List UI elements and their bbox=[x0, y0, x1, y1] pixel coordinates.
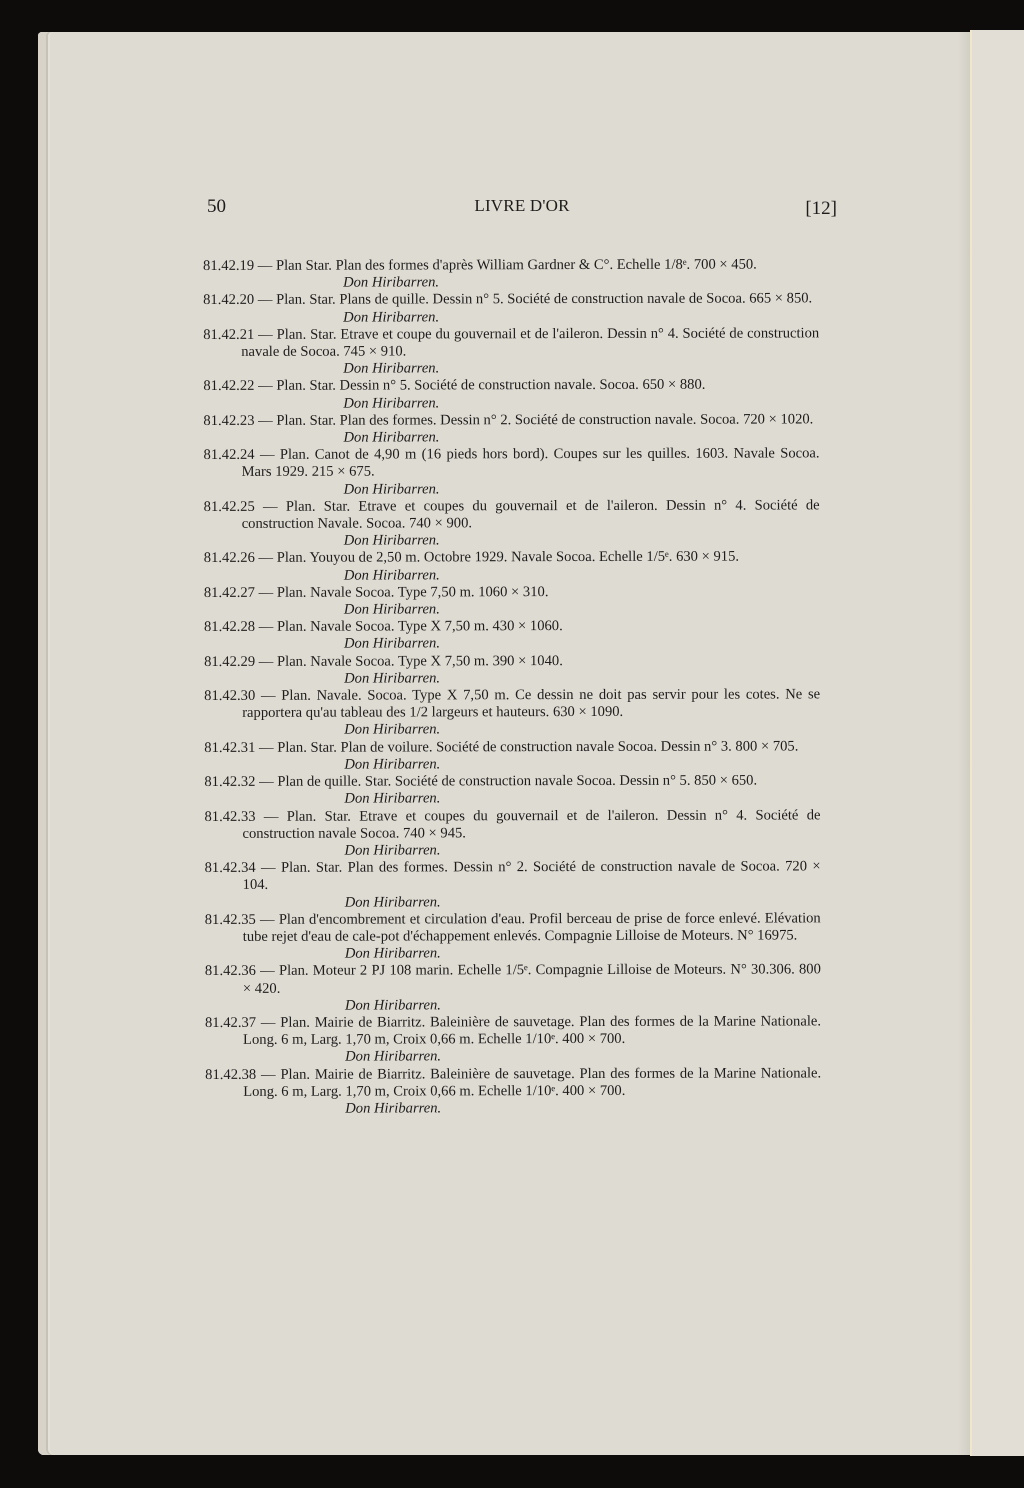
entry-donor: Don Hiribarren. bbox=[203, 428, 819, 447]
entry-text: 81.42.23 — Plan. Star. Plan des formes. … bbox=[203, 411, 819, 430]
entry-donor: Don Hiribarren. bbox=[203, 360, 819, 379]
entry-donor: Don Hiribarren. bbox=[203, 274, 819, 293]
entry-text: 81.42.38 — Plan. Mairie de Biarritz. Bal… bbox=[205, 1065, 821, 1101]
entry-donor: Don Hiribarren. bbox=[204, 635, 820, 654]
entry-text: 81.42.34 — Plan. Star. Plan des formes. … bbox=[205, 858, 821, 894]
catalogue-entry: 81.42.35 — Plan d'encombrement et circul… bbox=[205, 910, 821, 963]
catalogue-entry: 81.42.25 — Plan. Star. Etrave et coupes … bbox=[204, 497, 820, 550]
catalogue-entry: 81.42.28 — Plan. Navale Socoa. Type X 7,… bbox=[204, 618, 820, 654]
catalogue-entry: 81.42.30 — Plan. Navale. Socoa. Type X 7… bbox=[204, 686, 820, 739]
entry-text: 81.42.20 — Plan. Star. Plans de quille. … bbox=[203, 291, 819, 310]
entry-donor: Don Hiribarren. bbox=[205, 996, 821, 1015]
entry-text: 81.42.30 — Plan. Navale. Socoa. Type X 7… bbox=[204, 686, 820, 722]
catalogue-entry: 81.42.26 — Plan. Youyou de 2,50 m. Octob… bbox=[204, 549, 820, 585]
catalogue-entry: 81.42.38 — Plan. Mairie de Biarritz. Bal… bbox=[205, 1065, 821, 1118]
entry-text: 81.42.21 — Plan. Star. Etrave et coupe d… bbox=[203, 325, 819, 361]
catalogue-entry: 81.42.34 — Plan. Star. Plan des formes. … bbox=[205, 858, 821, 911]
catalogue-entry: 81.42.27 — Plan. Navale Socoa. Type 7,50… bbox=[204, 583, 820, 619]
entry-donor: Don Hiribarren. bbox=[205, 841, 821, 860]
entry-donor: Don Hiribarren. bbox=[203, 308, 819, 327]
entry-donor: Don Hiribarren. bbox=[205, 1099, 821, 1118]
spine-shadow bbox=[958, 32, 970, 1455]
entry-text: 81.42.32 — Plan de quille. Star. Société… bbox=[204, 772, 820, 791]
entry-donor: Don Hiribarren. bbox=[204, 566, 820, 585]
entry-donor: Don Hiribarren. bbox=[204, 480, 820, 499]
entry-donor: Don Hiribarren. bbox=[205, 893, 821, 912]
entry-donor: Don Hiribarren. bbox=[204, 755, 820, 774]
entry-donor: Don Hiribarren. bbox=[204, 790, 820, 809]
catalogue-entry: 81.42.22 — Plan. Star. Dessin n° 5. Soci… bbox=[203, 377, 819, 413]
running-title: LIVRE D'OR bbox=[207, 196, 837, 216]
catalogue-entry: 81.42.33 — Plan. Star. Etrave et coupes … bbox=[204, 807, 820, 860]
entry-text: 81.42.24 — Plan. Canot de 4,90 m (16 pie… bbox=[203, 446, 819, 482]
entry-text: 81.42.35 — Plan d'encombrement et circul… bbox=[205, 910, 821, 946]
entry-donor: Don Hiribarren. bbox=[204, 721, 820, 740]
entry-text: 81.42.19 — Plan Star. Plan des formes d'… bbox=[203, 256, 819, 275]
catalogue-entry: 81.42.23 — Plan. Star. Plan des formes. … bbox=[203, 411, 819, 447]
entry-text: 81.42.33 — Plan. Star. Etrave et coupes … bbox=[204, 807, 820, 843]
catalogue-entry: 81.42.24 — Plan. Canot de 4,90 m (16 pie… bbox=[203, 446, 819, 499]
entry-donor: Don Hiribarren. bbox=[204, 532, 820, 551]
entry-text: 81.42.36 — Plan. Moteur 2 PJ 108 marin. … bbox=[205, 962, 821, 998]
catalogue-entry: 81.42.32 — Plan de quille. Star. Société… bbox=[204, 772, 820, 808]
entry-text: 81.42.27 — Plan. Navale Socoa. Type 7,50… bbox=[204, 583, 820, 602]
catalogue-entry: 81.42.19 — Plan Star. Plan des formes d'… bbox=[203, 256, 819, 292]
entry-text: 81.42.25 — Plan. Star. Etrave et coupes … bbox=[204, 497, 820, 533]
entry-donor: Don Hiribarren. bbox=[204, 669, 820, 688]
section-signature: [12] bbox=[805, 198, 837, 220]
book-page-right-edge bbox=[970, 30, 1024, 1456]
running-header: 50 LIVRE D'OR [12] bbox=[207, 196, 837, 222]
entry-text: 81.42.31 — Plan. Star. Plan de voilure. … bbox=[204, 738, 820, 757]
entry-text: 81.42.37 — Plan. Mairie de Biarritz. Bal… bbox=[205, 1013, 821, 1049]
entry-text: 81.42.22 — Plan. Star. Dessin n° 5. Soci… bbox=[203, 377, 819, 396]
catalogue-entry: 81.42.21 — Plan. Star. Etrave et coupe d… bbox=[203, 325, 819, 378]
entry-donor: Don Hiribarren. bbox=[205, 945, 821, 964]
entry-text: 81.42.28 — Plan. Navale Socoa. Type X 7,… bbox=[204, 618, 820, 637]
entry-text: 81.42.29 — Plan. Navale Socoa. Type X 7,… bbox=[204, 652, 820, 671]
catalogue-entries: 81.42.19 — Plan Star. Plan des formes d'… bbox=[203, 256, 821, 1118]
entry-donor: Don Hiribarren. bbox=[205, 1048, 821, 1067]
catalogue-entry: 81.42.29 — Plan. Navale Socoa. Type X 7,… bbox=[204, 652, 820, 688]
entry-text: 81.42.26 — Plan. Youyou de 2,50 m. Octob… bbox=[204, 549, 820, 568]
catalogue-entry: 81.42.20 — Plan. Star. Plans de quille. … bbox=[203, 291, 819, 327]
catalogue-entry: 81.42.37 — Plan. Mairie de Biarritz. Bal… bbox=[205, 1013, 821, 1066]
entry-donor: Don Hiribarren. bbox=[204, 600, 820, 619]
catalogue-entry: 81.42.36 — Plan. Moteur 2 PJ 108 marin. … bbox=[205, 962, 821, 1015]
catalogue-entry: 81.42.31 — Plan. Star. Plan de voilure. … bbox=[204, 738, 820, 774]
entry-donor: Don Hiribarren. bbox=[203, 394, 819, 413]
